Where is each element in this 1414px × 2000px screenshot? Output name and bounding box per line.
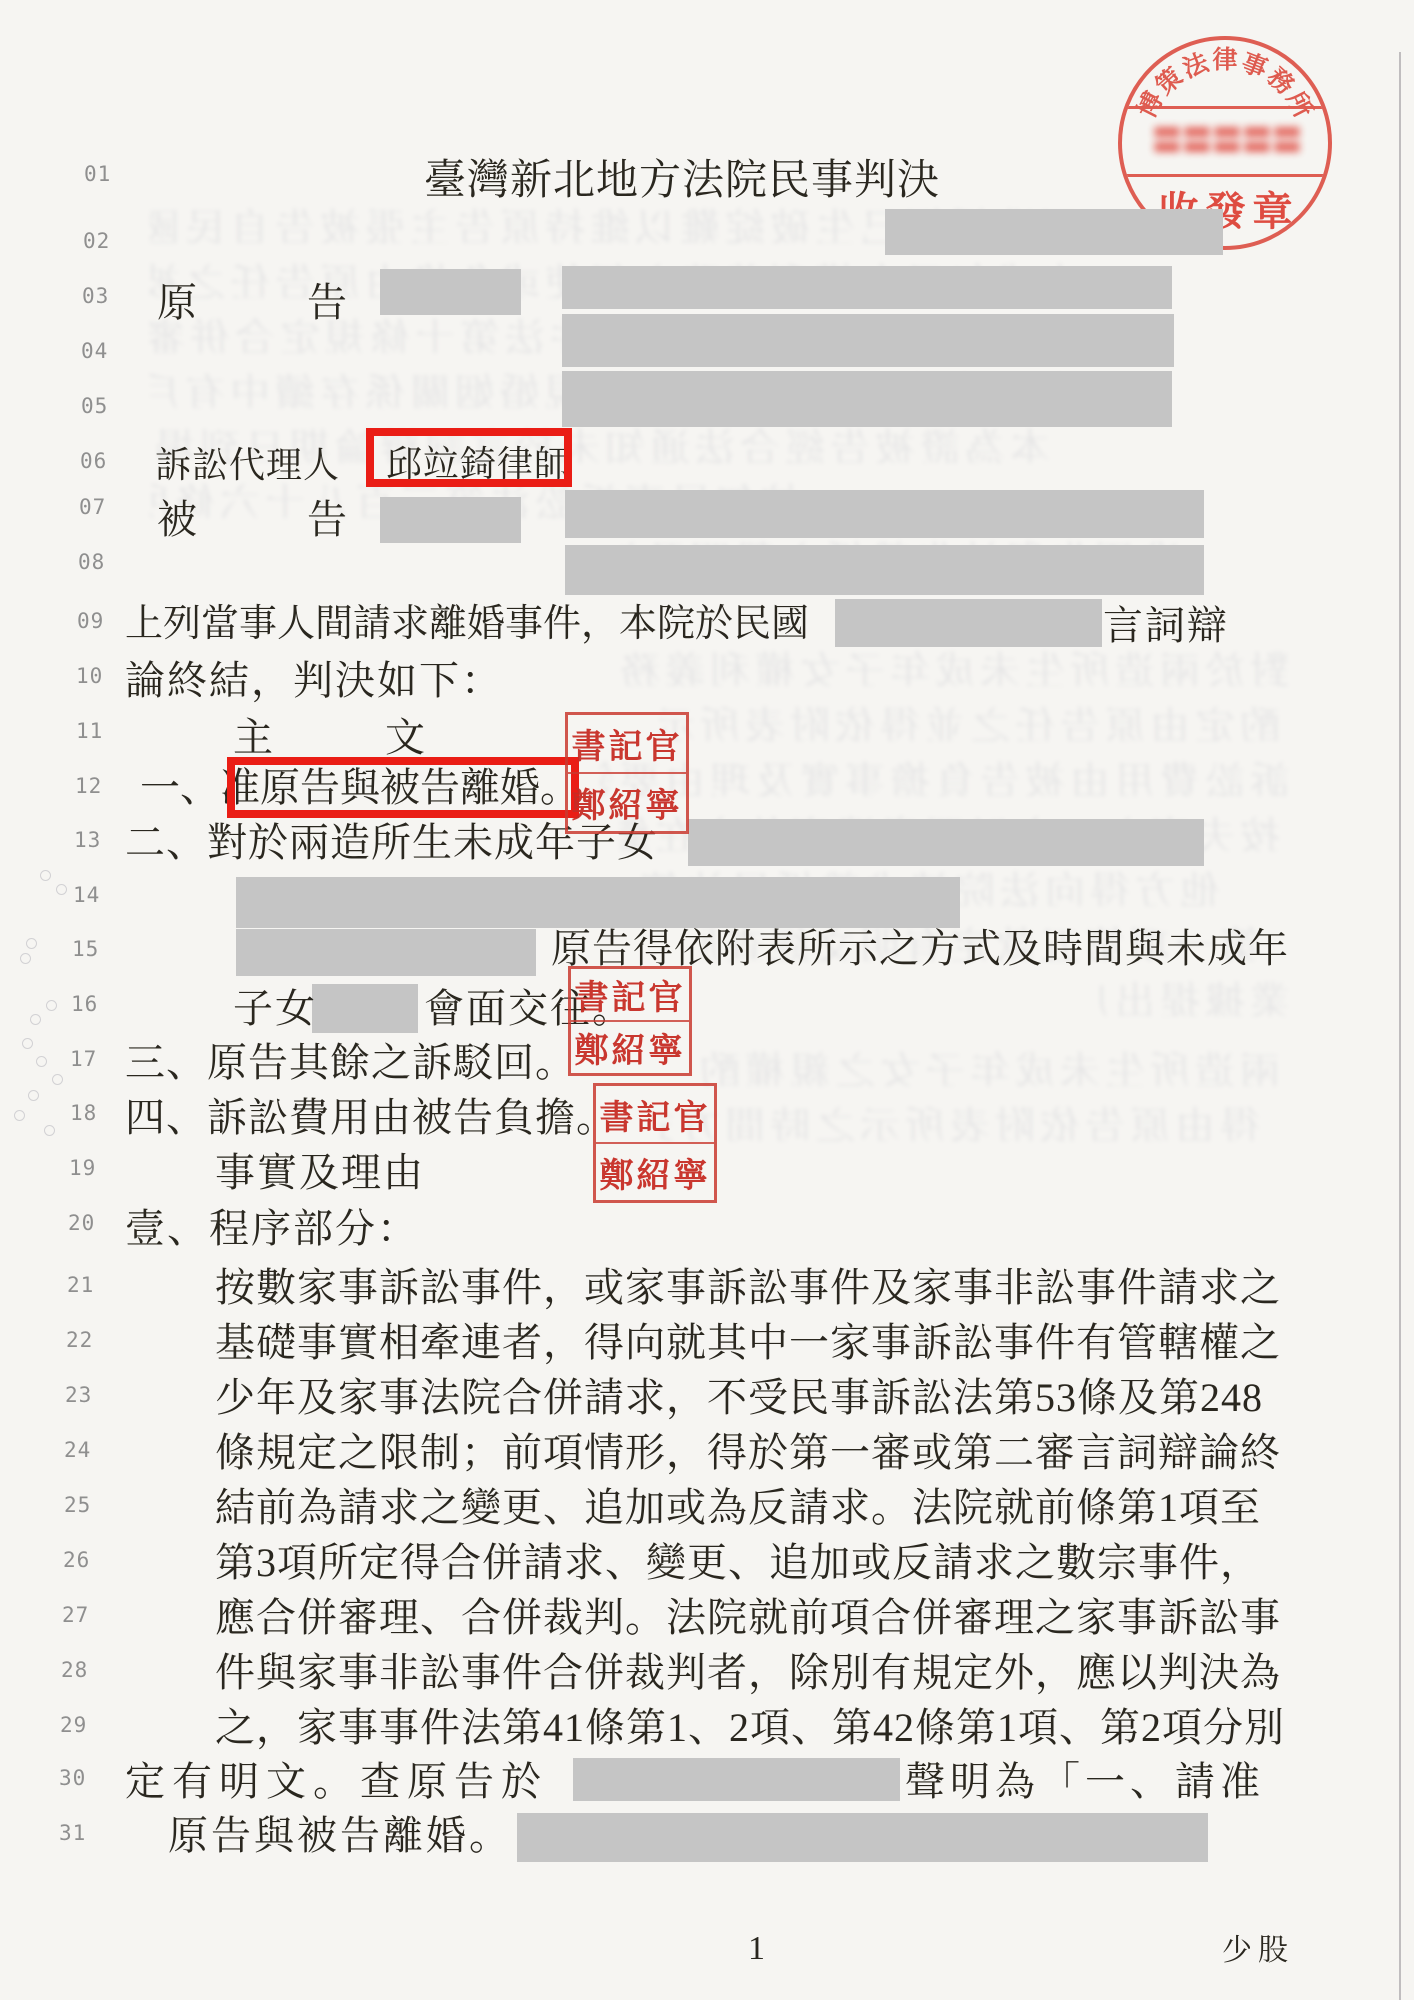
redaction-claim-text [517, 1813, 1208, 1862]
stamp-divider-line [1122, 174, 1328, 177]
line-number: 22 [66, 1328, 93, 1352]
receipt-stamp-date: 〓〓〓〓〓 [1152, 116, 1302, 160]
scan-artifact-dot [30, 1014, 41, 1025]
bleedthrough-text: 訴訟費用由被告負擔事實及理由要領記載如下 [600, 750, 1290, 796]
line-number: 01 [84, 162, 111, 186]
redaction-plaintiff-name [380, 269, 521, 315]
line-number: 14 [73, 883, 100, 907]
redaction-child-info [236, 929, 536, 976]
section-header: 壹、程序部分： [125, 1207, 419, 1251]
reason-text: 定有明文。查原告於 [125, 1760, 548, 1804]
line-number: 25 [64, 1493, 91, 1517]
reason-text: 第3項所定得合併請求、變更、追加或反請求之數宗事件， [215, 1541, 1261, 1585]
reason-text: 件與家事非訟事件合併裁判者，除別有規定外，應以判決為 [215, 1651, 1281, 1695]
preamble-text: 論終結，判決如下： [125, 659, 503, 703]
scan-artifact-dot [22, 1038, 33, 1049]
bleedthrough-text: 得由原告依附表所示之時間方式進行會面 [660, 1095, 1260, 1141]
line-number: 21 [67, 1273, 94, 1297]
scan-artifact-dot [44, 1125, 55, 1136]
redaction-plaintiff-info [562, 266, 1172, 309]
ruling-custody: 子女 [233, 987, 317, 1031]
clerk-stamp-name: 鄭紹寧 [596, 1144, 714, 1200]
redaction-plaintiff-info [562, 371, 1172, 427]
redaction-defendant-info [565, 545, 1204, 595]
clerk-stamp: 書記官鄭紹寧 [593, 1083, 717, 1203]
reason-text: 少年及家事法院合併請求，不受民事訴訟法第53條及第248 [215, 1376, 1263, 1420]
redaction-plaintiff-info [562, 314, 1174, 367]
scan-artifact-dot [52, 1074, 63, 1085]
reason-text: 條規定之限制；前項情形，得於第一審或第二審言詞辯論終 [215, 1431, 1281, 1475]
defendant-label: 告 [307, 498, 349, 542]
highlight-attorney-name [366, 428, 572, 487]
ruling-costs: 四、訴訟費用由被告負擔。 [125, 1096, 617, 1140]
preamble-text: 言詞辯 [1103, 604, 1229, 648]
defendant-label: 被 [157, 498, 199, 542]
clerk-stamp-title: 書記官 [596, 1086, 714, 1144]
line-number: 26 [63, 1548, 90, 1572]
clerk-stamp-title: 書記官 [568, 715, 686, 774]
plaintiff-label: 告 [307, 281, 349, 325]
reason-text: 應合併審理、合併裁判。法院就前項合併審理之家事訴訟事 [215, 1596, 1281, 1640]
clerk-stamp-name: 鄭紹寧 [568, 774, 686, 831]
facts-reasons-header: 事實及理由 [215, 1151, 425, 1195]
bleedthrough-text: 酌定由原告任之並得依附表所示方式會面交往 [660, 695, 1280, 741]
line-number: 27 [62, 1603, 89, 1627]
clerk-stamp-name: 鄭紹寧 [571, 1022, 689, 1073]
scan-edge-line [1399, 52, 1401, 2000]
line-number: 09 [77, 609, 104, 633]
court-judgment-scan: 〓〓〓〓〓 收發章 博策法律事務所 兩造婚姻已生破綻難以維持原告主張被告自民國年… [0, 0, 1414, 2000]
reason-text: 原告與被告離婚。 [168, 1814, 512, 1858]
line-number: 28 [61, 1658, 88, 1682]
scan-artifact-dot [40, 870, 51, 881]
line-number: 08 [78, 550, 105, 574]
reason-text: 基礎事實相牽連者，得向就其中一家事訴訟事件有管轄權之 [215, 1321, 1281, 1365]
redaction-case-number [885, 209, 1223, 255]
line-number: 05 [81, 394, 108, 418]
ruling-custody: 原告得依附表所示之方式及時間與未成年 [551, 927, 1289, 971]
line-number: 31 [59, 1821, 86, 1845]
reason-text: 按數家事訴訟事件，或家事訴訟事件及家事非訟事件請求之 [215, 1266, 1281, 1310]
scan-artifact-dot [46, 1000, 57, 1011]
redaction-child-name [312, 984, 418, 1033]
main-text-header: 文 [385, 716, 427, 760]
line-number: 12 [75, 774, 102, 798]
line-number: 07 [79, 495, 106, 519]
line-number: 02 [83, 229, 110, 253]
receipt-stamp-arc-char: 律 [1212, 40, 1237, 76]
preamble-text: 上列當事人間請求離婚事件，本院於民國 [125, 604, 809, 646]
line-number: 13 [74, 828, 101, 852]
redaction-child-info [236, 877, 960, 928]
division-label: 少股 [1222, 1934, 1294, 1967]
redaction-filing-date [573, 1758, 900, 1801]
line-number: 30 [59, 1766, 86, 1790]
line-number: 17 [70, 1047, 97, 1071]
highlight-divorce-ruling [227, 757, 579, 818]
clerk-stamp-title: 書記官 [571, 969, 689, 1022]
main-text-header: 主 [233, 716, 275, 760]
line-number: 18 [70, 1101, 97, 1125]
line-number: 15 [72, 937, 99, 961]
redaction-hearing-date [835, 599, 1102, 647]
plaintiff-label: 原 [157, 281, 199, 325]
redaction-defendant-name [380, 497, 521, 543]
scan-artifact-dot [28, 1090, 39, 1101]
bleedthrough-text: 業據提出戶籍謄本 [1100, 970, 1290, 1016]
line-number: 29 [60, 1713, 87, 1737]
judgment-title: 臺灣新北地方法院民事判決 [424, 158, 940, 204]
clerk-stamp: 書記官鄭紹寧 [568, 966, 692, 1076]
line-number: 20 [68, 1211, 95, 1235]
scan-artifact-dot [26, 938, 37, 949]
ruling-dismissal: 三、原告其餘之訴駁回。 [125, 1041, 576, 1085]
line-number: 23 [65, 1383, 92, 1407]
line-number: 06 [80, 449, 107, 473]
reason-text: 結前為請求之變更、追加或為反請求。法院就前條第1項至 [215, 1486, 1261, 1530]
redaction-defendant-info [565, 490, 1204, 538]
line-number: 16 [71, 992, 98, 1016]
scan-artifact-dot [20, 953, 31, 964]
scan-artifact-dot [36, 1056, 47, 1067]
bleedthrough-text: 兩造所生未成年子女之親權酌定事件 [700, 1040, 1280, 1086]
line-number: 03 [82, 284, 109, 308]
attorney-label: 訴訟代理人 [155, 446, 340, 486]
line-number: 19 [69, 1156, 96, 1180]
reason-text: 聲明為「一、請准 [905, 1760, 1265, 1804]
clerk-stamp: 書記官鄭紹寧 [565, 712, 689, 834]
redaction-child-info [688, 819, 1204, 866]
reason-text: 之，家事事件法第41條第1、2項、第42條第1項、第2項分別 [215, 1706, 1285, 1750]
page-number: 1 [748, 1930, 767, 1967]
line-number: 10 [76, 664, 103, 688]
line-number: 11 [76, 719, 103, 743]
line-number: 24 [64, 1438, 91, 1462]
scan-artifact-dot [56, 884, 67, 895]
scan-artifact-dot [14, 1110, 25, 1121]
line-number: 04 [81, 339, 108, 363]
